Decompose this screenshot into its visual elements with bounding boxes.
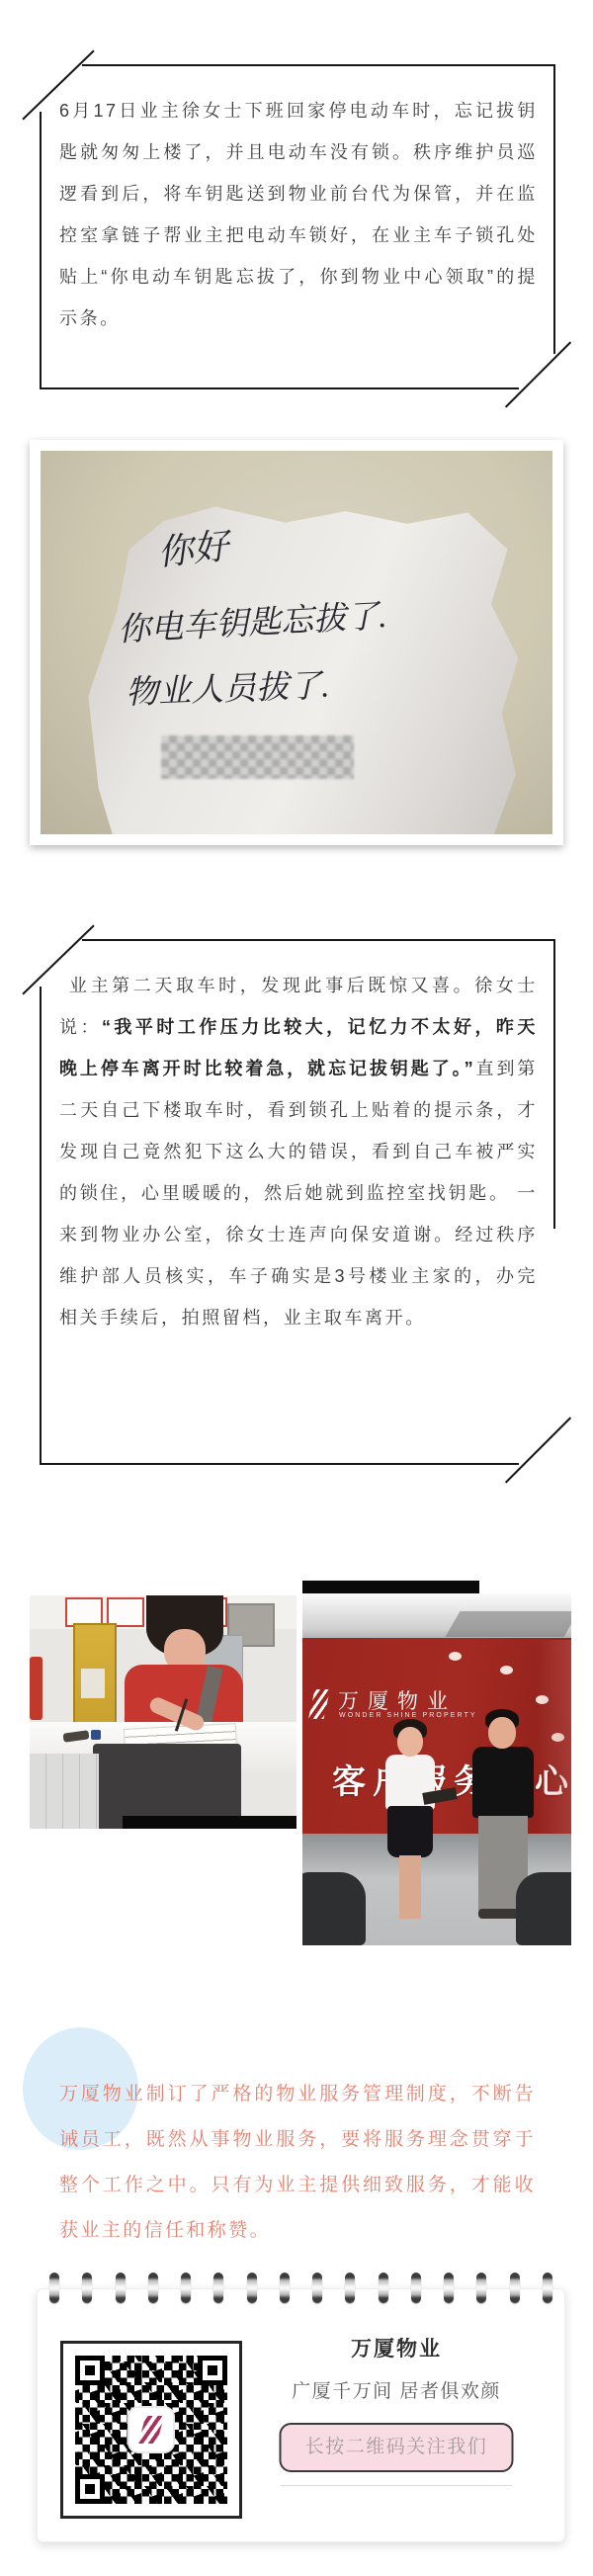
face: [397, 1727, 423, 1757]
front-desk-photo[interactable]: [30, 1595, 296, 1829]
brand-name-cn: 万厦物业: [338, 1685, 457, 1715]
face: [488, 1717, 516, 1749]
story-box-2: 业主第二天取车时，发现此事后既惊又喜。徐女士说：“我平时工作压力比较大，记忆力不…: [40, 939, 555, 1465]
blurred-signature: [161, 735, 354, 779]
corner-slash-decoration: [505, 341, 571, 407]
footer-brand-name: 万厦物业: [240, 2333, 552, 2362]
box-border: [553, 939, 555, 1229]
brand-name-en: WONDER SHINE PROPERTY: [339, 1712, 477, 1719]
binder-ring: [181, 2273, 191, 2303]
handwriting-line: 物业人员拔了.: [125, 659, 330, 713]
article-page: 6月17日业主徐女士下班回家停电动车时，忘记拔钥匙就匆匆上楼了，并且电动车没有锁…: [0, 0, 593, 2576]
binder-ring: [148, 2273, 158, 2303]
footer-slogan: 广厦千万间 居者俱欢颜: [240, 2376, 552, 2403]
footer-notebook-card: 万厦物业 广厦千万间 居者俱欢颜 长按二维码关注我们: [37, 2288, 565, 2542]
office-chair: [516, 1872, 571, 1945]
story-paragraph-1: 6月17日业主徐女士下班回家停电动车时，忘记拔钥匙就匆匆上楼了，并且电动车没有锁…: [59, 90, 538, 339]
handwriting-line: 你好: [155, 518, 231, 575]
photo-background-wall: 你好 你电车钥匙忘拔了. 物业人员拔了.: [41, 451, 552, 834]
follow-us-button[interactable]: 长按二维码关注我们: [280, 2423, 514, 2472]
handwritten-note-photo[interactable]: 你好 你电车钥匙忘拔了. 物业人员拔了.: [30, 440, 563, 845]
binder-ring: [49, 2273, 59, 2303]
logo-stripes: [138, 2416, 164, 2444]
fire-extinguisher: [30, 1657, 42, 1720]
black-skirt: [387, 1806, 433, 1857]
ceiling-light: [500, 1666, 513, 1674]
side-counter: [30, 1754, 99, 1829]
wall-glare: [536, 1640, 571, 1834]
binder-ring: [213, 2273, 223, 2303]
service-center-photo[interactable]: 万厦物业 WONDER SHINE PROPERTY 客户服务中心: [302, 1581, 571, 1945]
qr-code-frame: [60, 2341, 242, 2519]
qr-finder-pattern: [75, 2474, 105, 2504]
binder-ring: [116, 2273, 126, 2303]
closing-highlight-paragraph: 万厦物业制订了严格的物业服务管理制度，不断告诫员工，既然从事物业服务，要将服务理…: [59, 2072, 536, 2254]
qr-finder-pattern: [198, 2356, 227, 2385]
box-border: [40, 112, 42, 389]
box-border: [40, 987, 42, 1465]
box-border: [82, 64, 555, 66]
button-shadow-line: [281, 2485, 513, 2486]
box-border: [40, 387, 519, 389]
box-border: [82, 939, 555, 941]
yellow-dispenser: [73, 1623, 117, 1738]
key-fob: [91, 1730, 101, 1740]
footer-info: 万厦物业 广厦千万间 居者俱欢颜 长按二维码关注我们: [240, 2289, 552, 2541]
story-box-1: 6月17日业主徐女士下班回家停电动车时，忘记拔钥匙就匆匆上楼了，并且电动车没有锁…: [40, 64, 555, 389]
letterbox-bar: [123, 1816, 296, 1829]
legs: [399, 1855, 421, 1919]
story-2-post: 直到第二天自己下楼取车时，看到锁孔上贴着的提示条，才发现自己竟然犯下这么大的错误…: [59, 1059, 538, 1328]
qr-center-logo-icon: [129, 2408, 173, 2451]
binder-ring: [82, 2273, 92, 2303]
qr-finder-pattern: [75, 2356, 105, 2385]
box-border: [40, 1463, 519, 1465]
story-paragraph-2: 业主第二天取车时，发现此事后既惊又喜。徐女士说：“我平时工作压力比较大，记忆力不…: [59, 965, 538, 1338]
qr-code[interactable]: [75, 2356, 227, 2504]
story-2-quote-bold: “我平时工作压力比较大，记忆力不太好，昨天晚上停车离开时比较着急，就忘记拔钥匙了…: [59, 1017, 538, 1078]
ceiling-light: [449, 1652, 462, 1661]
office-chair: [302, 1872, 366, 1945]
ceiling-shadow: [446, 1611, 571, 1637]
corner-slash-decoration: [505, 1417, 571, 1483]
dispenser-screen: [81, 1669, 105, 1698]
box-border: [553, 64, 555, 354]
letterbox-bar: [302, 1581, 479, 1593]
black-tshirt: [472, 1747, 534, 1818]
